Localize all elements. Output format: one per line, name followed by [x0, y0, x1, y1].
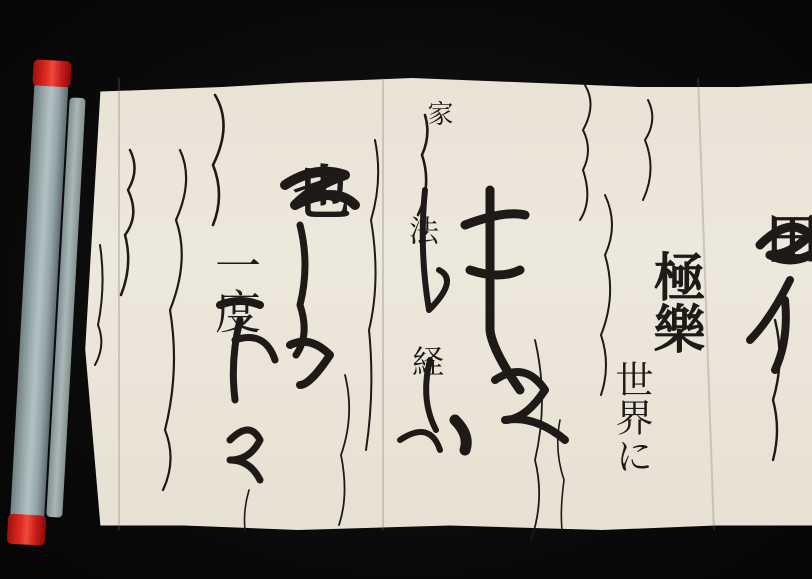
calligraphy-small-col-b: 家 — [425, 100, 451, 126]
calligraphy-gokuraku: 極樂 — [648, 250, 700, 354]
calligraphy-ya: 也 — [288, 162, 346, 220]
calligraphy-ichido: 一度 — [212, 242, 258, 334]
calligraphy-small-col-c: 経 — [410, 345, 442, 377]
calligraphy-small-col-a: 法 — [405, 215, 435, 245]
calligraphy-sekai: 世界に — [612, 360, 650, 474]
calligraphy-den: 田 — [762, 210, 812, 264]
